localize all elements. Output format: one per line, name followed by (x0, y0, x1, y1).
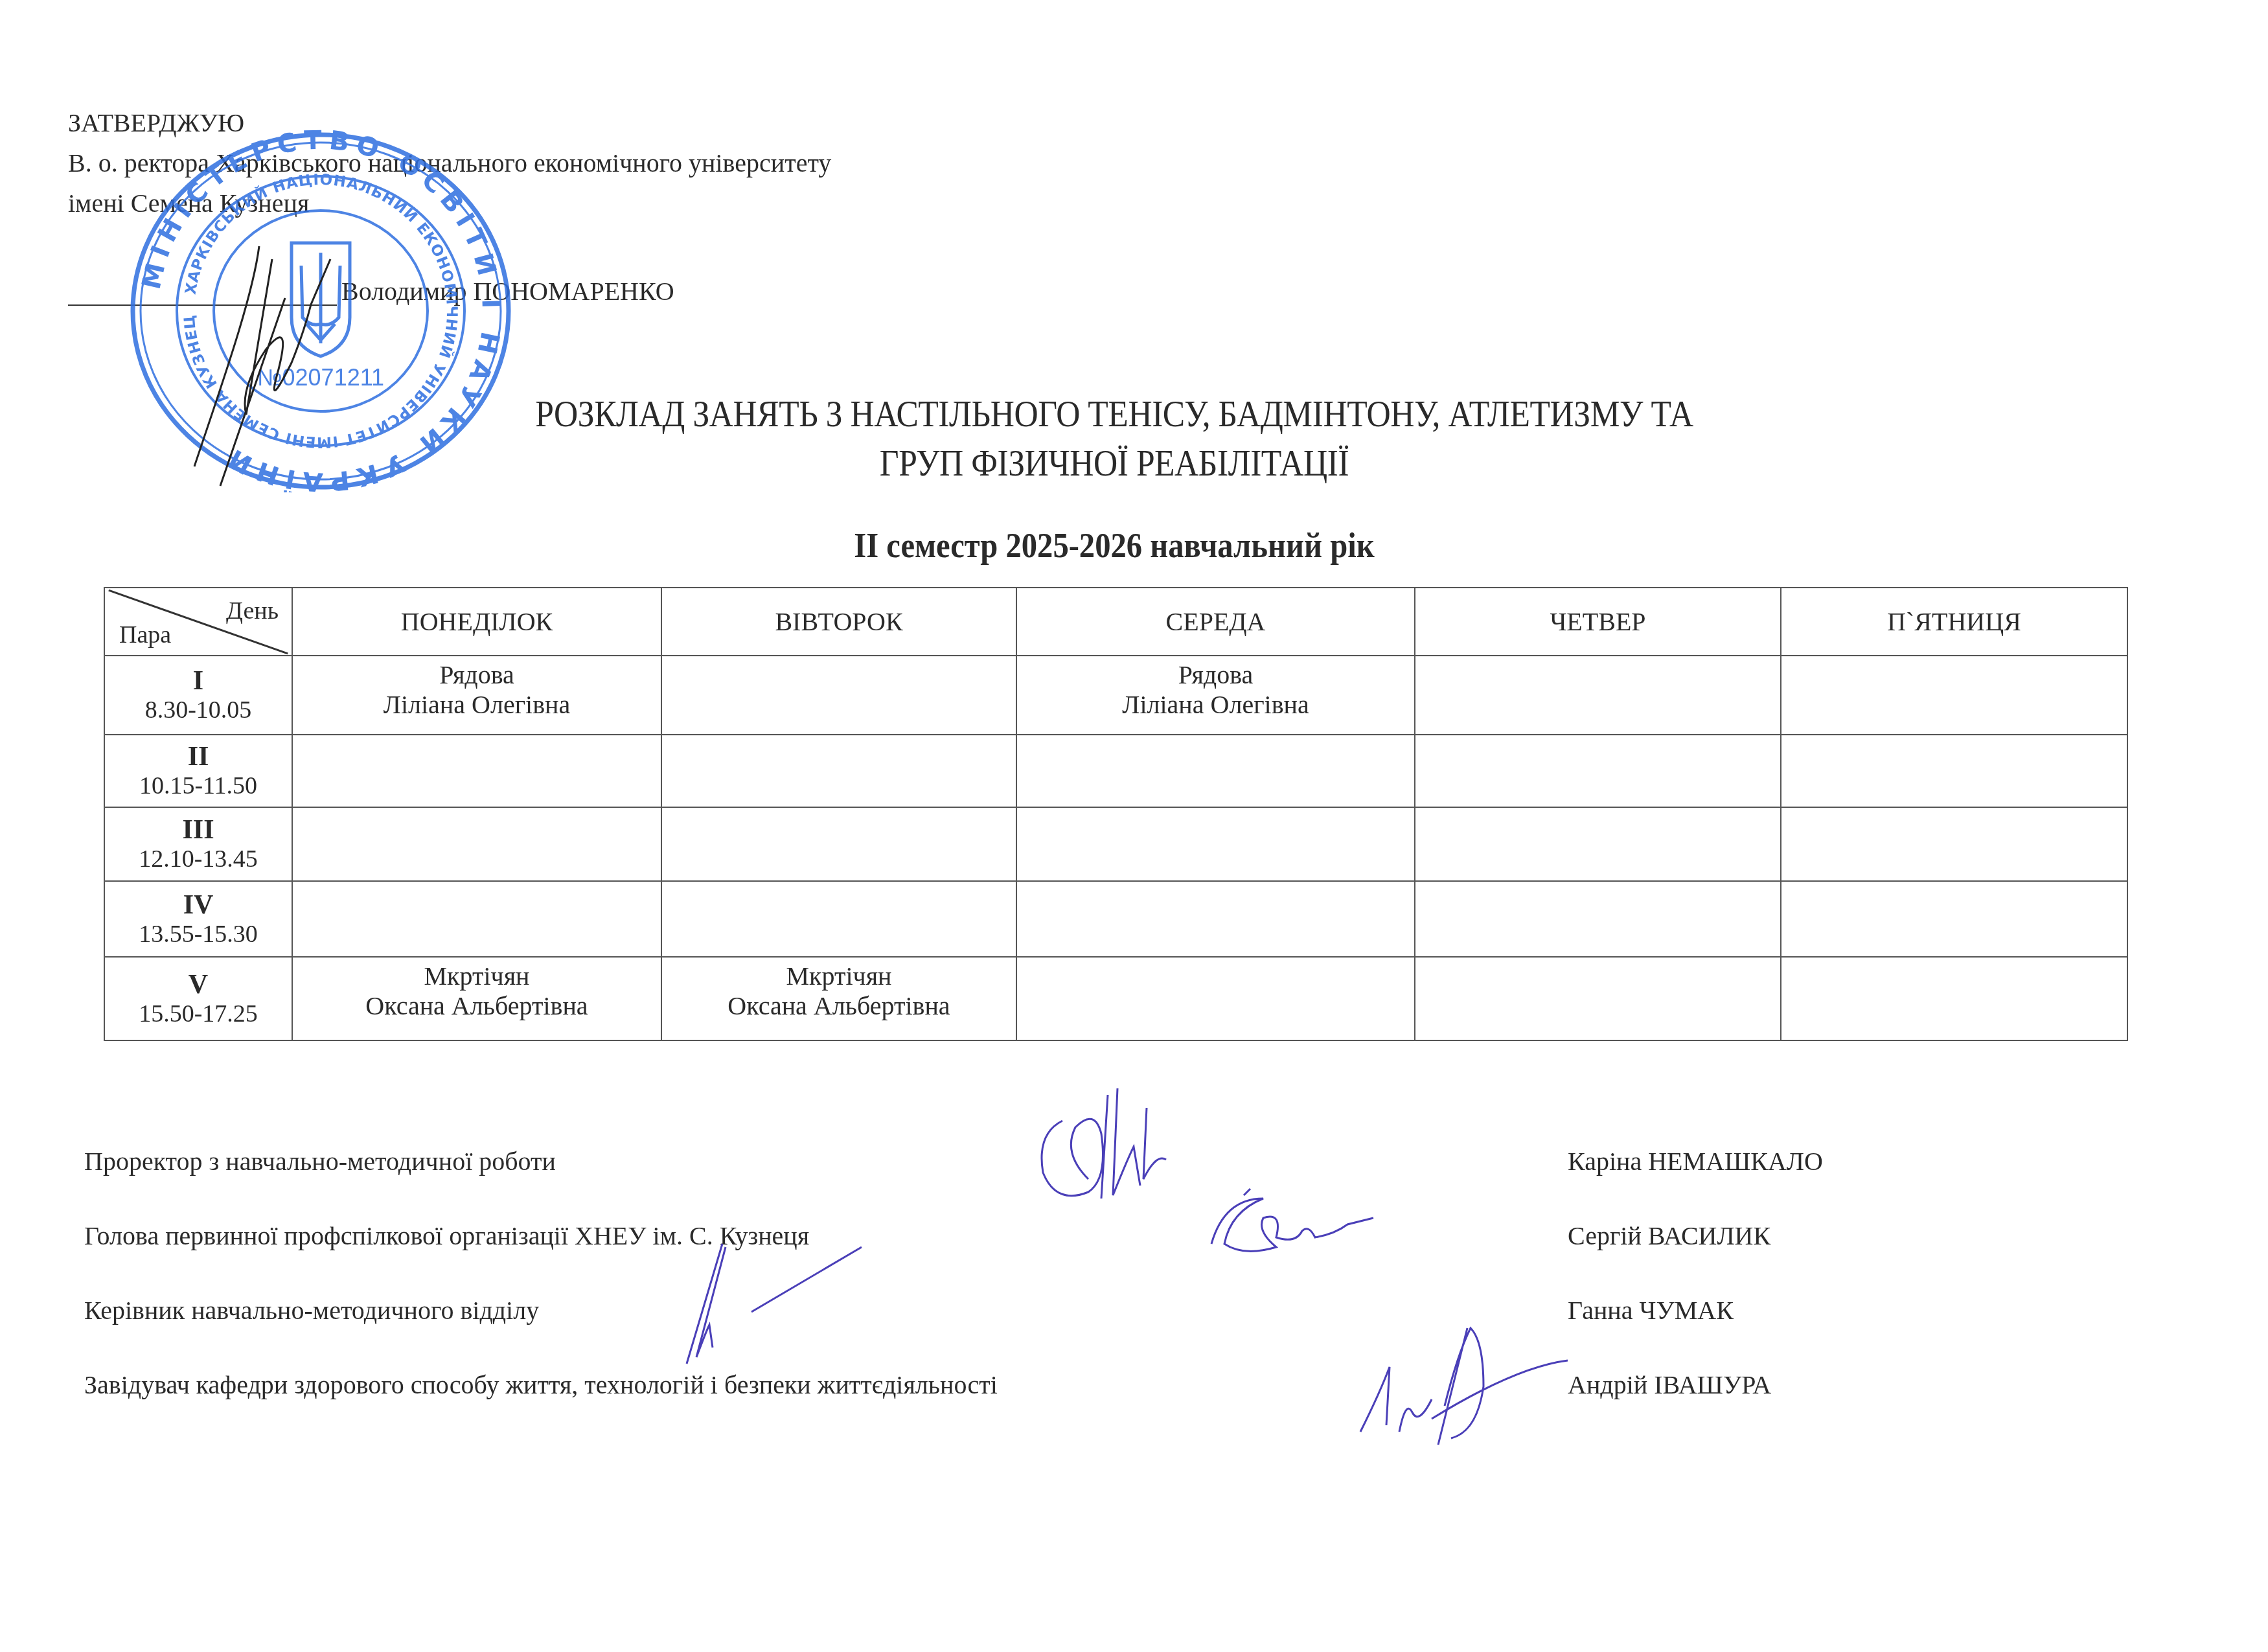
schedule-cell: РядоваЛіліана Олегівна (1016, 656, 1415, 735)
schedule-cell (1415, 881, 1781, 957)
schedule-cell (1016, 881, 1415, 957)
table-row: III12.10-13.45 (104, 807, 2127, 881)
schedule-cell (1781, 957, 2127, 1040)
schedule-cell (1415, 735, 1781, 807)
schedule-cell (1415, 656, 1781, 735)
schedule-cell (661, 881, 1016, 957)
teacher-given-names: Оксана Альбертівна (293, 991, 661, 1021)
schedule-cell (1016, 957, 1415, 1040)
schedule-cell (292, 735, 661, 807)
semester-subtitle: ІІ семестр 2025-2026 навчальний рік (111, 528, 2117, 563)
day-header-friday: П`ЯТНИЦЯ (1781, 588, 2127, 656)
schedule-cell (1016, 807, 1415, 881)
schedule-cell (1415, 807, 1781, 881)
teacher-surname: Рядова (293, 660, 661, 690)
pair-time: 10.15-11.50 (105, 772, 292, 801)
pair-time: 12.10-13.45 (105, 845, 292, 874)
table-row: I8.30-10.05РядоваЛіліана ОлегівнаРядоваЛ… (104, 656, 2127, 735)
pair-cell: V15.50-17.25 (104, 957, 292, 1040)
teacher-given-names: Ліліана Олегівна (293, 690, 661, 720)
signatory-name: Сергій ВАСИЛИК (1568, 1223, 1770, 1249)
schedule-cell (1781, 735, 2127, 807)
schedule-cell (1016, 735, 1415, 807)
corner-pair-label: Пара (119, 621, 171, 650)
pair-time: 8.30-10.05 (105, 696, 292, 725)
table-row: V15.50-17.25МкртічянОксана АльбертівнаМк… (104, 957, 2127, 1040)
schedule-cell: МкртічянОксана Альбертівна (292, 957, 661, 1040)
schedule-title-line2: ГРУП ФІЗИЧНОЇ РЕАБІЛІТАЦІЇ (89, 446, 2140, 482)
teacher-surname: Мкртічян (662, 961, 1016, 991)
schedule-title-line1: РОЗКЛАД ЗАНЯТЬ З НАСТІЛЬНОГО ТЕНІСУ, БАД… (89, 396, 2140, 433)
schedule-cell (661, 807, 1016, 881)
corner-day-label: День (226, 597, 279, 626)
teacher-given-names: Ліліана Олегівна (1017, 690, 1414, 720)
day-header-wednesday: СЕРЕДА (1016, 588, 1415, 656)
day-header-thursday: ЧЕТВЕР (1415, 588, 1781, 656)
signatory-name: Каріна НЕМАШКАЛО (1568, 1149, 1823, 1175)
day-header-monday: ПОНЕДІЛОК (292, 588, 661, 656)
table-header-row: День Пара ПОНЕДІЛОК ВІВТОРОК СЕРЕДА ЧЕТВ… (104, 588, 2127, 656)
pair-number: III (105, 814, 292, 845)
schedule-cell (661, 656, 1016, 735)
signatory-role: Проректор з навчально-методичної роботи (84, 1149, 556, 1175)
pair-cell: III12.10-13.45 (104, 807, 292, 881)
schedule-cell (1781, 881, 2127, 957)
schedule-cell: РядоваЛіліана Олегівна (292, 656, 661, 735)
schedule-cell (292, 807, 661, 881)
pair-cell: IV13.55-15.30 (104, 881, 292, 957)
pair-number: IV (105, 889, 292, 921)
schedule-table: День Пара ПОНЕДІЛОК ВІВТОРОК СЕРЕДА ЧЕТВ… (104, 587, 2128, 1041)
teacher-surname: Мкртічян (293, 961, 661, 991)
teacher-surname: Рядова (1017, 660, 1414, 690)
pair-number: II (105, 741, 292, 772)
pair-time: 15.50-17.25 (105, 1000, 292, 1029)
table-row: IV13.55-15.30 (104, 881, 2127, 957)
teacher-given-names: Оксана Альбертівна (662, 991, 1016, 1021)
pair-number: V (105, 969, 292, 1000)
pair-time: 13.55-15.30 (105, 921, 292, 949)
schedule-cell (1415, 957, 1781, 1040)
signature-ivashura-icon (1354, 1315, 1626, 1445)
signatory-role: Завідувач кафедри здорового способу житт… (84, 1372, 998, 1398)
day-header-tuesday: ВІВТОРОК (661, 588, 1016, 656)
signature-vasylyk-icon (1205, 1186, 1386, 1263)
day-pair-corner-cell: День Пара (104, 588, 292, 656)
signature-chumak-icon (674, 1234, 868, 1370)
signatory-role: Керівник навчально-методичного відділу (84, 1298, 539, 1324)
pair-cell: I8.30-10.05 (104, 656, 292, 735)
schedule-cell (1781, 807, 2127, 881)
schedule-cell (292, 881, 661, 957)
pair-number: I (105, 665, 292, 696)
schedule-cell (1781, 656, 2127, 735)
pair-cell: II10.15-11.50 (104, 735, 292, 807)
schedule-cell (661, 735, 1016, 807)
schedule-cell: МкртічянОксана Альбертівна (661, 957, 1016, 1040)
table-row: II10.15-11.50 (104, 735, 2127, 807)
signature-nemashkalo-icon (1037, 1082, 1179, 1211)
